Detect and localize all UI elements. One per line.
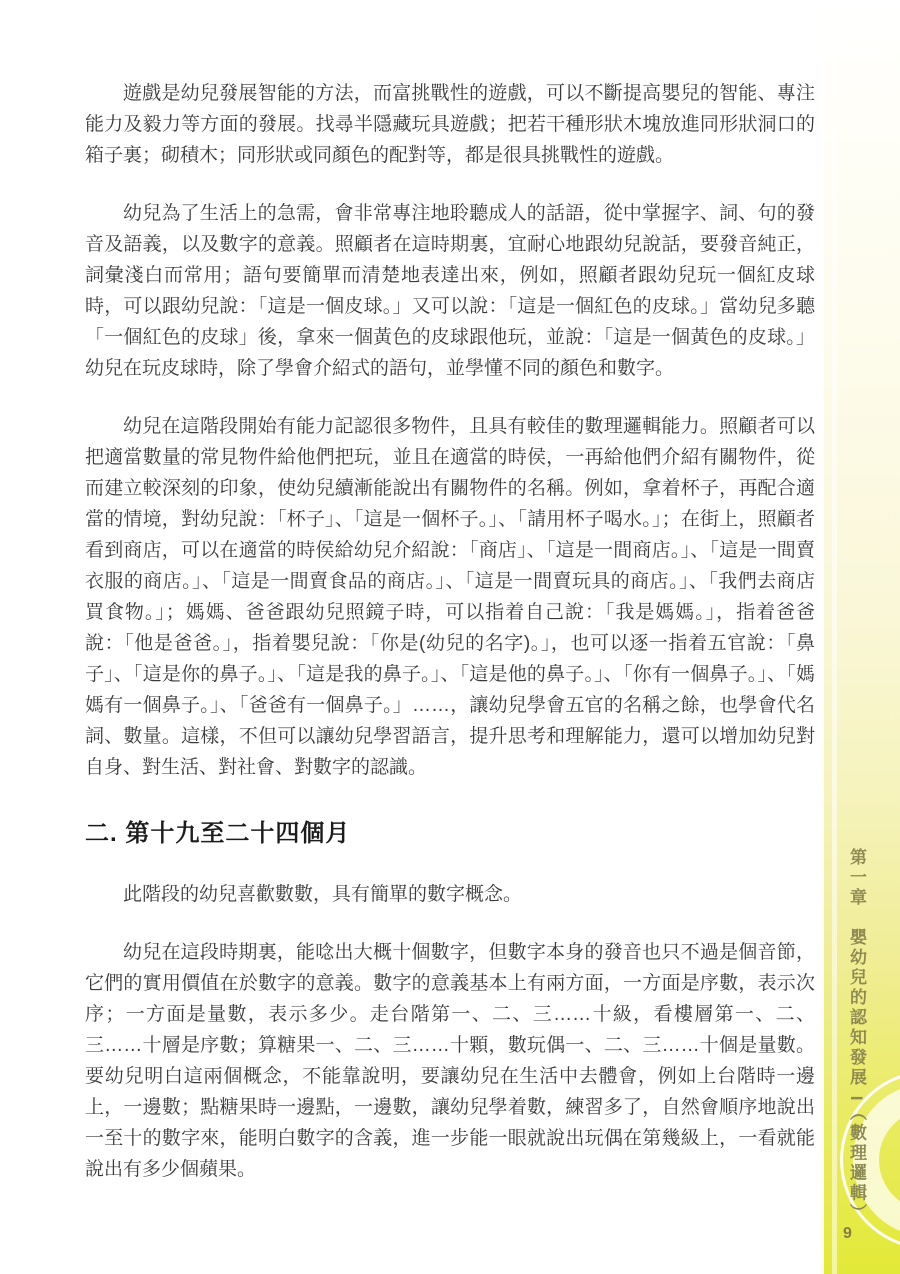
- book-page: 遊戲是幼兒發展智能的方法，而富挑戰性的遊戲，可以不斷提高嬰兒的智能、專注能力及毅…: [0, 0, 900, 1274]
- sidebar-light-stripe: [832, 0, 837, 1274]
- section-heading: 二. 第十九至二十四個月: [85, 819, 815, 849]
- paragraph: 幼兒為了生活上的急需，會非常專注地聆聽成人的話語，從中掌握字、詞、句的發音及語義…: [85, 198, 815, 384]
- paragraph: 幼兒在這段時期裏，能唸出大概十個數字，但數字本身的發音也只不過是個音節，它們的實…: [85, 937, 815, 1185]
- chapter-tab-sidebar: 第一章 嬰幼兒的認知發展 I（數理邏輯） 9: [820, 0, 900, 1274]
- chapter-title-vertical: 第一章 嬰幼兒的認知發展 I（數理邏輯）: [844, 848, 869, 1178]
- paragraph: 幼兒在這階段開始有能力記認很多物件，且具有較佳的數理邏輯能力。照顧者可以把適當數…: [85, 411, 815, 783]
- page-number: 9: [843, 1225, 852, 1243]
- sidebar-white-stripe: [820, 0, 824, 1274]
- main-text-column: 遊戲是幼兒發展智能的方法，而富挑戰性的遊戲，可以不斷提高嬰兒的智能、專注能力及毅…: [85, 78, 815, 1212]
- paragraph: 此階段的幼兒喜歡數數，具有簡單的數字概念。: [85, 879, 815, 910]
- paragraph: 遊戲是幼兒發展智能的方法，而富挑戰性的遊戲，可以不斷提高嬰兒的智能、專注能力及毅…: [85, 78, 815, 171]
